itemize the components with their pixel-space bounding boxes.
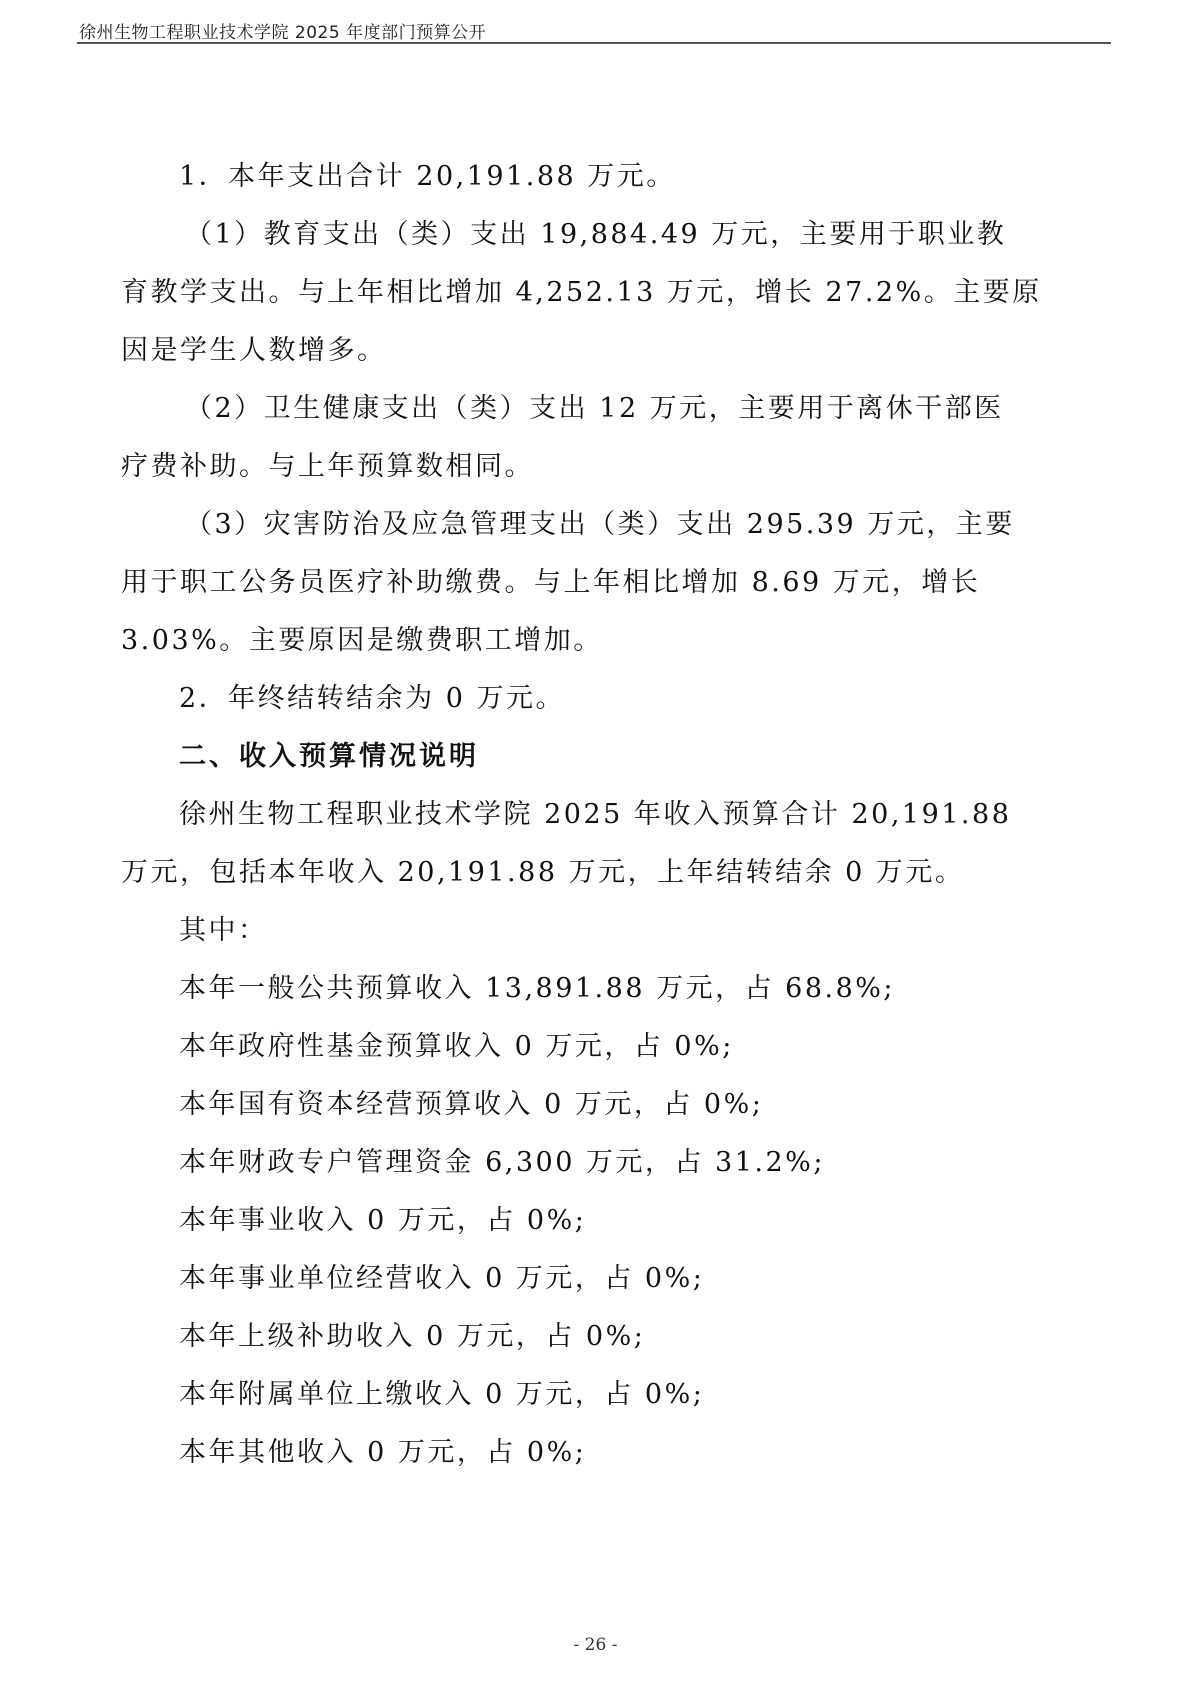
item3-line3: 3.03%。主要原因是缴费职工增加。 (121, 612, 1071, 670)
page-header: 徐州生物工程职业技术学院 2025 年度部门预算公开 (77, 14, 1111, 44)
item1-line1: （1）教育支出（类）支出 19,884.49 万元，主要用于职业教 (121, 206, 1071, 264)
item2-line1: （2）卫生健康支出（类）支出 12 万元，主要用于离休干部医 (121, 380, 1071, 438)
document-body: 1．本年支出合计 20,191.88 万元。 （1）教育支出（类）支出 19,8… (121, 148, 1071, 1482)
income-item: 本年一般公共预算收入 13,891.88 万元，占 68.8%; (121, 960, 1071, 1018)
among-label: 其中： (121, 902, 1071, 960)
carryover: 2．年终结转结余为 0 万元。 (121, 670, 1071, 728)
page-number: - 26 - (0, 1635, 1191, 1655)
income-item: 本年财政专户管理资金 6,300 万元，占 31.2%; (121, 1134, 1071, 1192)
item3-line2: 用于职工公务员医疗补助缴费。与上年相比增加 8.69 万元，增长 (121, 554, 1071, 612)
item3-line1: （3）灾害防治及应急管理支出（类）支出 295.39 万元，主要 (121, 496, 1071, 554)
income-summary-line1: 徐州生物工程职业技术学院 2025 年收入预算合计 20,191.88 (121, 786, 1071, 844)
item1-line3: 因是学生人数增多。 (121, 322, 1071, 380)
expense-total: 1．本年支出合计 20,191.88 万元。 (121, 148, 1071, 206)
header-title: 徐州生物工程职业技术学院 2025 年度部门预算公开 (79, 18, 486, 43)
income-item: 本年事业收入 0 万元，占 0%; (121, 1192, 1071, 1250)
income-item: 本年其他收入 0 万元，占 0%; (121, 1424, 1071, 1482)
income-item: 本年事业单位经营收入 0 万元，占 0%; (121, 1250, 1071, 1308)
income-summary-line2: 万元，包括本年收入 20,191.88 万元，上年结转结余 0 万元。 (121, 844, 1071, 902)
income-item: 本年附属单位上缴收入 0 万元，占 0%; (121, 1366, 1071, 1424)
income-item: 本年政府性基金预算收入 0 万元，占 0%; (121, 1018, 1071, 1076)
item1-line2: 育教学支出。与上年相比增加 4,252.13 万元，增长 27.2%。主要原 (121, 264, 1071, 322)
income-item: 本年国有资本经营预算收入 0 万元，占 0%; (121, 1076, 1071, 1134)
section-heading: 二、收入预算情况说明 (121, 728, 1071, 786)
income-item: 本年上级补助收入 0 万元，占 0%; (121, 1308, 1071, 1366)
item2-line2: 疗费补助。与上年预算数相同。 (121, 438, 1071, 496)
